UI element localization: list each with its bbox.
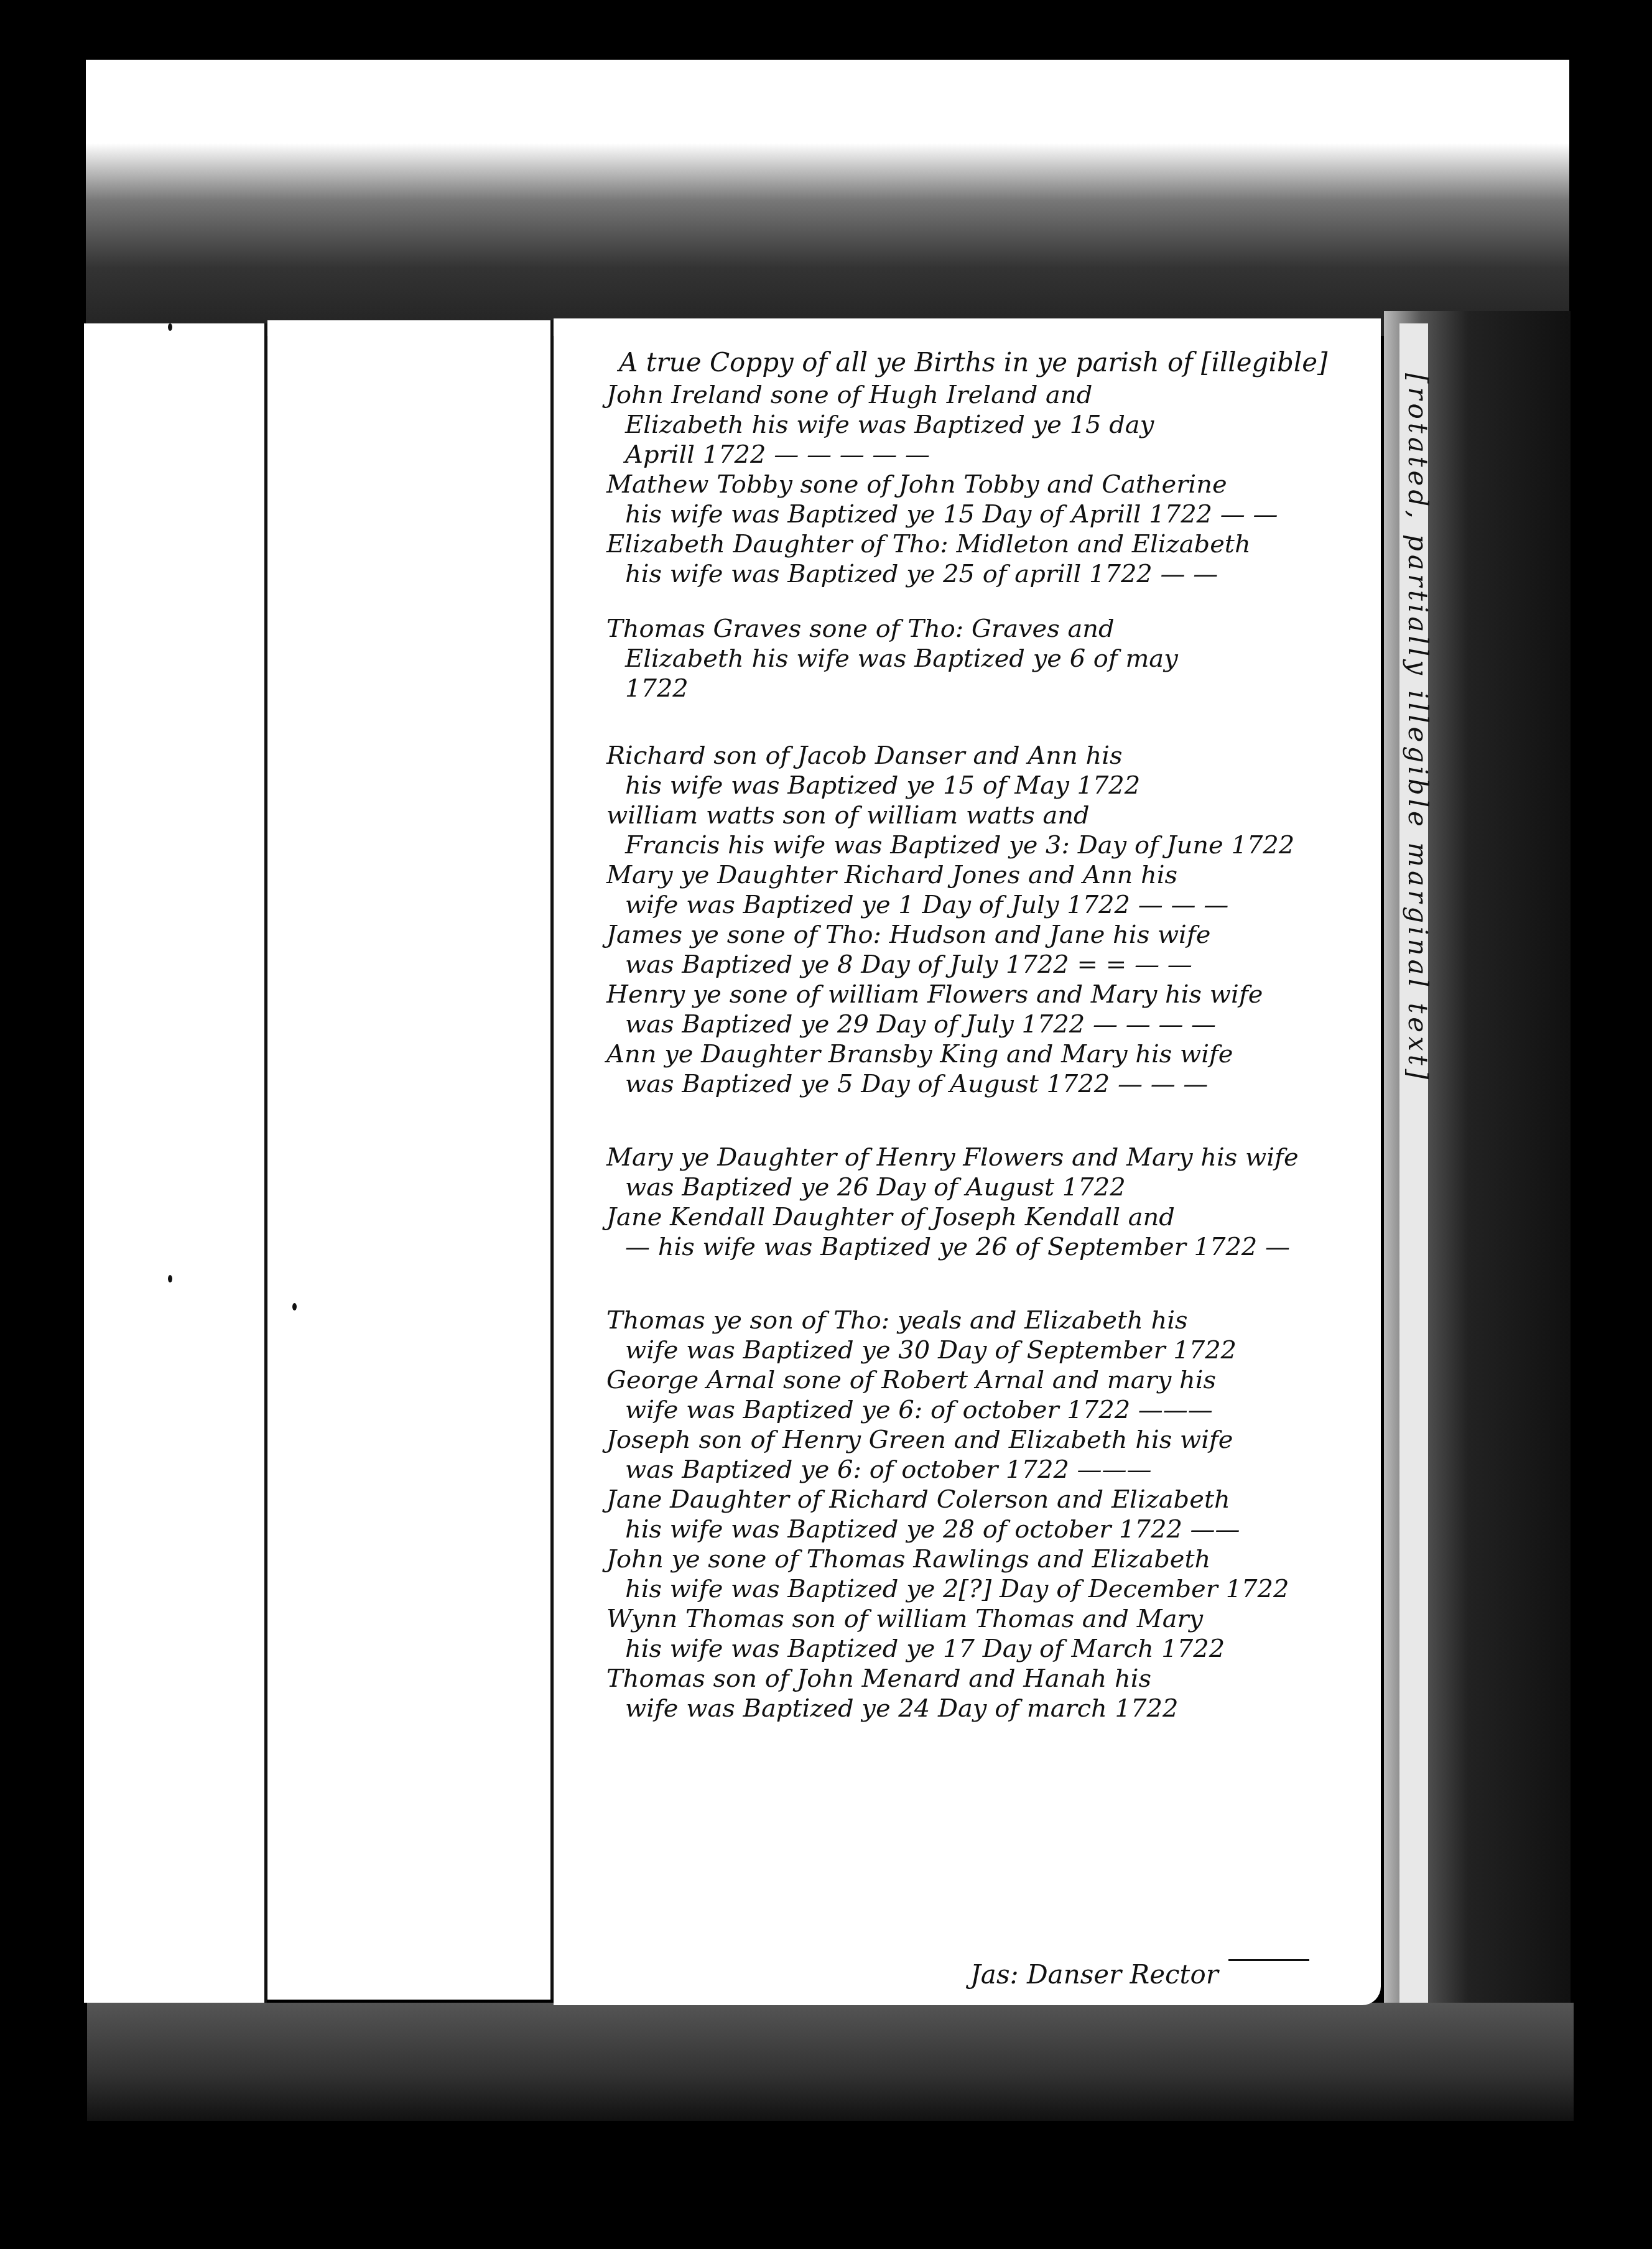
entry-line: his wife was Baptized ye 15 of May 1722 bbox=[606, 771, 1353, 800]
baptism-entry: Mathew Tobby sone of John Tobby and Cath… bbox=[606, 470, 1353, 529]
baptism-entry: Joseph son of Henry Green and Elizabeth … bbox=[606, 1425, 1353, 1485]
entry-line: Mary ye Daughter Richard Jones and Ann h… bbox=[606, 860, 1353, 890]
baptism-entry: George Arnal sone of Robert Arnal and ma… bbox=[606, 1365, 1353, 1425]
binding-hole bbox=[168, 323, 172, 331]
entry-line: was Baptized ye 26 Day of August 1722 bbox=[606, 1172, 1353, 1202]
entry-line: John ye sone of Thomas Rawlings and Eliz… bbox=[606, 1544, 1353, 1574]
baptism-entry: Thomas son of John Menard and Hanah hisw… bbox=[606, 1664, 1353, 1723]
entry-line: John Ireland sone of Hugh Ireland and bbox=[606, 380, 1353, 410]
left-blank-page bbox=[84, 323, 267, 2003]
baptism-entry: Jane Kendall Daughter of Joseph Kendall … bbox=[606, 1202, 1353, 1262]
entry-line: was Baptized ye 5 Day of August 1722 — —… bbox=[606, 1069, 1353, 1099]
entry-line: Thomas ye son of Tho: yeals and Elizabet… bbox=[606, 1305, 1353, 1335]
baptism-entry: James ye sone of Tho: Hudson and Jane hi… bbox=[606, 920, 1353, 980]
entry-line: Elizabeth Daughter of Tho: Midleton and … bbox=[606, 529, 1353, 559]
baptism-entry: Wynn Thomas son of william Thomas and Ma… bbox=[606, 1604, 1353, 1664]
entry-line: Jane Daughter of Richard Colerson and El… bbox=[606, 1485, 1353, 1514]
rector-signature: Jas: Danser Rector bbox=[970, 1959, 1218, 1990]
baptism-entry: John ye sone of Thomas Rawlings and Eliz… bbox=[606, 1544, 1353, 1604]
entry-line: was Baptized ye 6: of october 1722 ——— bbox=[606, 1455, 1353, 1485]
entry-line: was Baptized ye 8 Day of July 1722 = = —… bbox=[606, 950, 1353, 980]
entry-line: his wife was Baptized ye 25 of aprill 17… bbox=[606, 559, 1353, 589]
entry-line: George Arnal sone of Robert Arnal and ma… bbox=[606, 1365, 1353, 1395]
entry-line: wife was Baptized ye 30 Day of September… bbox=[606, 1335, 1353, 1365]
entry-line: Richard son of Jacob Danser and Ann his bbox=[606, 741, 1353, 771]
entry-line: Mary ye Daughter of Henry Flowers and Ma… bbox=[606, 1143, 1353, 1172]
entry-line: — his wife was Baptized ye 26 of Septemb… bbox=[606, 1232, 1353, 1262]
baptism-entry: Mary ye Daughter of Henry Flowers and Ma… bbox=[606, 1143, 1353, 1202]
entry-line: Wynn Thomas son of william Thomas and Ma… bbox=[606, 1604, 1353, 1634]
entry-line: Francis his wife was Baptized ye 3: Day … bbox=[606, 830, 1353, 860]
entry-line: Jane Kendall Daughter of Joseph Kendall … bbox=[606, 1202, 1353, 1232]
baptism-entry: Elizabeth Daughter of Tho: Midleton and … bbox=[606, 529, 1353, 589]
entry-line: Elizabeth his wife was Baptized ye 6 of … bbox=[606, 644, 1353, 674]
baptism-entry: Ann ye Daughter Bransby King and Mary hi… bbox=[606, 1039, 1353, 1099]
entry-line: his wife was Baptized ye 17 Day of March… bbox=[606, 1634, 1353, 1664]
entry-line: Thomas Graves sone of Tho: Graves and bbox=[606, 614, 1353, 644]
baptism-entry: Henry ye sone of william Flowers and Mar… bbox=[606, 980, 1353, 1039]
baptism-entry: Richard son of Jacob Danser and Ann hish… bbox=[606, 741, 1353, 800]
entry-line: Joseph son of Henry Green and Elizabeth … bbox=[606, 1425, 1353, 1455]
entry-line: his wife was Baptized ye 2[?] Day of Dec… bbox=[606, 1574, 1353, 1604]
baptism-entry: Jane Daughter of Richard Colerson and El… bbox=[606, 1485, 1353, 1544]
entry-line: wife was Baptized ye 24 Day of march 172… bbox=[606, 1694, 1353, 1723]
entry-line: Mathew Tobby sone of John Tobby and Cath… bbox=[606, 470, 1353, 499]
baptism-entry: Thomas ye son of Tho: yeals and Elizabet… bbox=[606, 1305, 1353, 1365]
entry-line: william watts son of william watts and bbox=[606, 800, 1353, 830]
entry-line: his wife was Baptized ye 28 of october 1… bbox=[606, 1514, 1353, 1544]
entry-line: 1722 bbox=[606, 674, 1353, 703]
baptism-entry: william watts son of william watts andFr… bbox=[606, 800, 1353, 860]
middle-blank-page bbox=[267, 320, 553, 2000]
entry-line: his wife was Baptized ye 15 Day of April… bbox=[606, 499, 1353, 529]
register-text: A true Coppy of all ye Births in ye pari… bbox=[606, 345, 1353, 1723]
entry-line: Aprill 1722 — — — — — bbox=[606, 440, 1353, 470]
binding-hole bbox=[292, 1303, 297, 1310]
entry-line: Thomas son of John Menard and Hanah his bbox=[606, 1664, 1353, 1694]
bottom-edge-shadow bbox=[87, 2003, 1574, 2121]
baptism-entry: John Ireland sone of Hugh Ireland andEli… bbox=[606, 380, 1353, 470]
entry-line: Ann ye Daughter Bransby King and Mary hi… bbox=[606, 1039, 1353, 1069]
baptism-entries: John Ireland sone of Hugh Ireland andEli… bbox=[606, 380, 1353, 1723]
entry-line: wife was Baptized ye 1 Day of July 1722 … bbox=[606, 890, 1353, 920]
entry-line: Henry ye sone of william Flowers and Mar… bbox=[606, 980, 1353, 1009]
register-heading: A true Coppy of all ye Births in ye pari… bbox=[619, 345, 1353, 380]
entry-line: James ye sone of Tho: Hudson and Jane hi… bbox=[606, 920, 1353, 950]
binding-hole bbox=[168, 1275, 172, 1282]
baptism-entry: Thomas Graves sone of Tho: Graves andEli… bbox=[606, 614, 1353, 703]
entry-line: Elizabeth his wife was Baptized ye 15 da… bbox=[606, 410, 1353, 440]
entry-line: wife was Baptized ye 6: of october 1722 … bbox=[606, 1395, 1353, 1425]
baptism-entry: Mary ye Daughter Richard Jones and Ann h… bbox=[606, 860, 1353, 920]
margin-text: [rotated, partially illegible marginal t… bbox=[1403, 373, 1433, 1083]
backing-shadow bbox=[86, 143, 1569, 336]
entry-line: was Baptized ye 29 Day of July 1722 — — … bbox=[606, 1009, 1353, 1039]
closing-rule bbox=[1228, 1959, 1309, 1961]
